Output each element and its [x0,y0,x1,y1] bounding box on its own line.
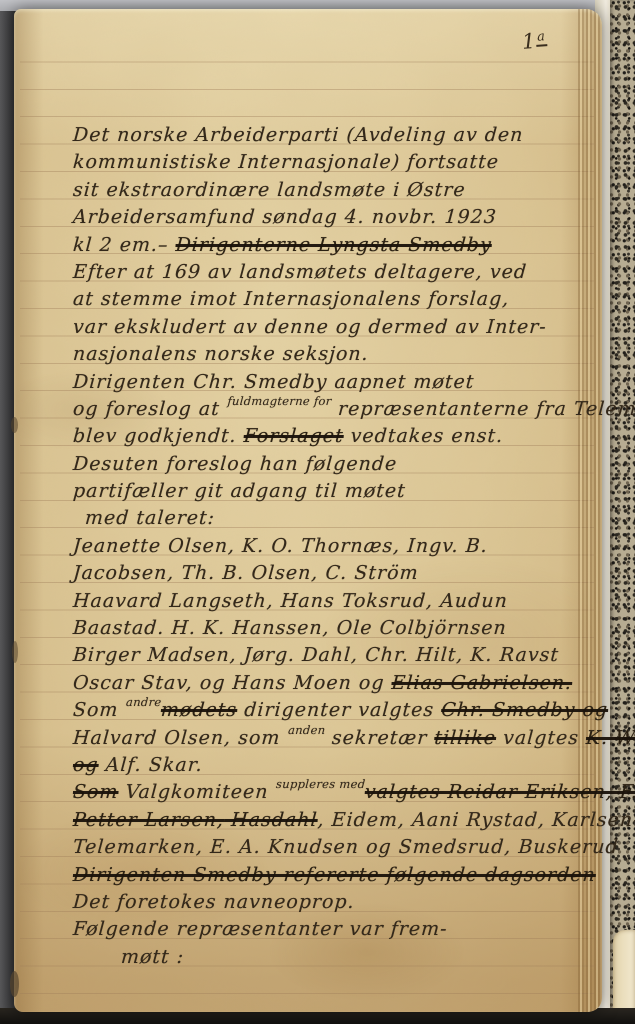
handwritten-text: og foreslog at [72,398,227,420]
handwritten-line: møtt : [72,944,590,971]
handwritten-text: Haavard Langseth, Hans Toksrud, Audun [72,590,508,612]
struck-text: tillike [434,727,497,749]
notebook-page: 1a Det norske Arbeiderparti (Avdeling av… [14,9,602,1012]
handwritten-line: Dirigenten Smedby refererte følgende dag… [72,862,590,889]
handwritten-line: Følgende repræsentanter var frem- [72,916,590,943]
handwritten-line: kommunistiske Internasjonale) fortsatte [72,149,590,176]
handwritten-text: sekretær [324,727,435,749]
handwritten-text: valgtes [495,727,587,749]
handwritten-line: Haavard Langseth, Hans Toksrud, Audun [72,588,590,615]
handwritten-text: Efter at 169 av landsmøtets deltagere, v… [72,261,528,283]
struck-text: Dirigenten Smedby refererte følgende dag… [72,864,596,886]
handwritten-line: var ekskludert av denne og dermed av Int… [72,314,590,341]
handwritten-text: at stemme imot Internasjonalens forslag, [72,288,510,310]
handwritten-text: var ekskludert av denne og dermed av Int… [72,316,547,338]
page-number-superscript: a [536,29,548,47]
handwritten-line: kl 2 em.– Dirigenterne Lyngsta Smedby [72,232,590,259]
handwritten-text: med taleret: [84,507,216,529]
handwritten-line: Halvard Olsen, som anden sekretær tillik… [72,725,590,752]
struck-text: Som [72,781,119,803]
handwritten-text: Desuten foreslog han følgende [72,453,398,475]
struck-text: mødets [160,699,238,721]
handwritten-text: Som [72,699,126,721]
inserted-text: andre [126,695,162,709]
handwritten-text: repræsentanterne fra Telemark [330,398,635,420]
struck-text: K. Wagner Høye [585,727,635,749]
handwritten-line: Oscar Stav, og Hans Moen og Elias Gabrie… [72,670,590,697]
struck-text: Petter Larsen, [72,809,225,831]
handwritten-text: Det foretokes navneoprop. [72,891,355,913]
handwritten-text: dirigenter valgtes [236,699,442,721]
handwritten-text: Dirigenten Chr. Smedby aapnet møtet [72,371,475,393]
struck-text: Chr. Smedby og [441,699,609,721]
inserted-text: anden [288,723,326,737]
handwritten-line: Jacobsen, Th. B. Olsen, C. Ström [72,560,590,587]
handwritten-line: Det norske Arbeiderparti (Avdeling av de… [72,122,590,149]
handwritten-text: møtt : [120,946,185,968]
handwritten-text: Valgkomiteen [118,781,277,803]
handwritten-line: sit ekstraordinære landsmøte i Østre [72,177,590,204]
handwritten-line: blev godkjendt. Forslaget vedtakes enst. [72,423,590,450]
handwritten-text: Jeanette Olsen, K. O. Thornæs, Ingv. B. [72,535,488,557]
struck-text: Forslaget [243,425,344,447]
handwritten-line: og Alf. Skar. [72,752,590,779]
handwritten-line: Telemarken, E. A. Knudsen og Smedsrud, B… [72,834,590,861]
handwritten-line: at stemme imot Internasjonalens forslag, [72,286,590,313]
handwritten-text: , Eidem, Aani Rystad, Karlsen- [317,809,635,831]
scanned-document: 1a Det norske Arbeiderparti (Avdeling av… [0,0,635,1024]
handwritten-text: Arbeidersamfund søndag 4. novbr. 1923 [72,206,497,228]
struck-text: Dirigenterne Lyngsta Smedby [175,234,493,256]
handwritten-text: Det norske Arbeiderparti (Avdeling av de… [72,124,524,146]
handwritten-line: og foreslog at fuldmagterne for repræsen… [72,396,590,423]
handwritten-line: Dirigenten Chr. Smedby aapnet møtet [72,369,590,396]
handwritten-text-block: Det norske Arbeiderparti (Avdeling av de… [14,122,602,971]
handwritten-line: Birger Madsen, Jørg. Dahl, Chr. Hilt, K.… [72,642,590,669]
handwritten-text: Telemarken, E. A. Knudsen og Smedsrud, B… [72,836,619,858]
handwritten-line: Baastad. H. K. Hanssen, Ole Colbjörnsen [72,615,590,642]
handwritten-text: sit ekstraordinære landsmøte i Østre [72,179,466,201]
handwritten-line: Arbeidersamfund søndag 4. novbr. 1923 [72,204,590,231]
marbled-cover-edge [610,0,635,1024]
handwritten-text: Jacobsen, Th. B. Olsen, C. Ström [72,562,419,584]
handwritten-text: blev godkjendt. [72,425,244,447]
handwritten-text: Birger Madsen, Jørg. Dahl, Chr. Hilt, K.… [72,644,560,666]
handwritten-text: kl 2 em.– [72,234,176,256]
struck-text: Hasdahl [223,809,318,831]
handwritten-line: Som andremødets dirigenter valgtes Chr. … [72,697,590,724]
page-number: 1a [521,28,548,54]
handwritten-text: Baastad. H. K. Hanssen, Ole Colbjörnsen [72,617,507,639]
inserted-text: suppleres med [276,777,366,791]
handwritten-text: Følgende repræsentanter var frem- [72,918,448,940]
struck-text: Elias Gabrielsen. [391,672,573,694]
struck-text: valgtes Reidar Eriksen, F. Bergsn [364,781,635,803]
handwritten-line: nasjonalens norske seksjon. [72,341,590,368]
worn-spot [10,971,19,997]
handwritten-line: Som Valgkomiteen suppleres medvalgtes Re… [72,779,590,806]
handwritten-text: kommunistiske Internasjonale) fortsatte [72,151,500,173]
handwritten-line: med taleret: [72,505,590,532]
struck-text: og [72,754,99,776]
handwritten-line: Efter at 169 av landsmøtets deltagere, v… [72,259,590,286]
handwritten-line: Jeanette Olsen, K. O. Thornæs, Ingv. B. [72,533,590,560]
handwritten-line: Det foretokes navneoprop. [72,889,590,916]
handwritten-text: Halvard Olsen, som [72,727,288,749]
handwritten-text: Alf. Skar. [98,754,204,776]
handwritten-text: vedtakes enst. [343,425,504,447]
handwritten-line: Desuten foreslog han følgende [72,451,590,478]
handwritten-text: Oscar Stav, og Hans Moen og [72,672,392,694]
handwritten-line: partifæller git adgang til møtet [72,478,590,505]
handwritten-text: nasjonalens norske seksjon. [72,343,369,365]
handwritten-text: partifæller git adgang til møtet [72,480,406,502]
inserted-text: fuldmagterne for [227,394,332,408]
handwritten-line: Petter Larsen, Hasdahl, Eidem, Aani Ryst… [72,807,590,834]
